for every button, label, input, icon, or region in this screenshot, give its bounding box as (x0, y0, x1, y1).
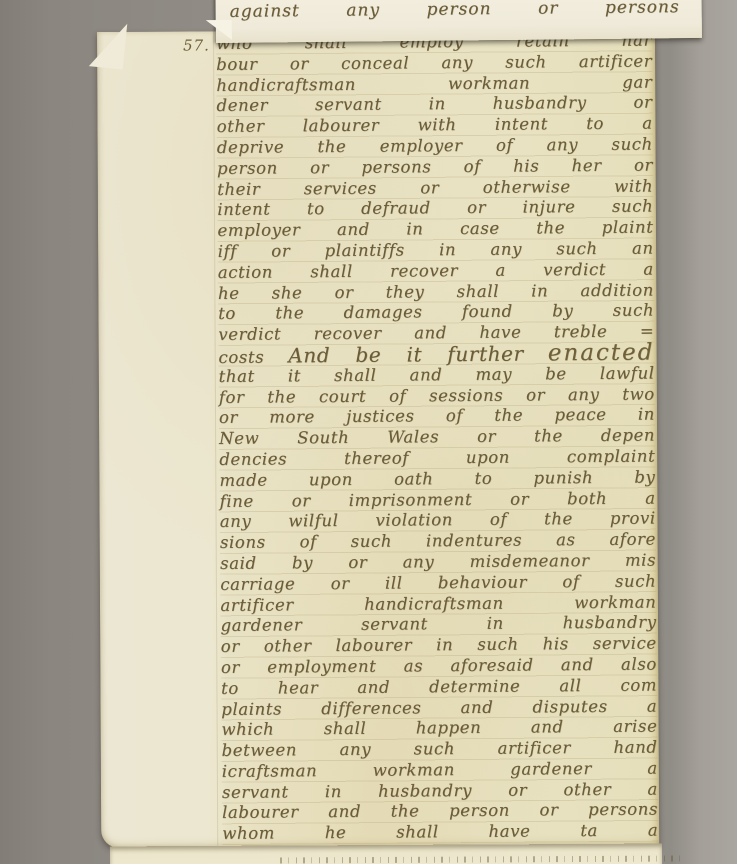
manuscript-line: person or persons of his her or (217, 155, 653, 179)
enacted-pre-text: costs (218, 348, 264, 367)
manuscript-text-block: who shall employ retain har bour or conc… (216, 31, 658, 845)
enacted-mid-text: And be it further (288, 341, 524, 367)
manuscript-line: icraftsman workman gardener a (222, 758, 658, 782)
next-page-cutoff-writing (280, 855, 680, 863)
manuscript-line: action shall recover a verdict a (218, 259, 654, 283)
manuscript-line: whom he shall have ta a (222, 821, 658, 845)
manuscript-line: that it shall and may be lawful (219, 363, 655, 387)
manuscript-photo: 57. who shall employ retain har bour or … (0, 0, 737, 864)
previous-page-last-line: against any person or persons (230, 0, 680, 22)
previous-page-strip: against any person or persons (215, 0, 701, 43)
manuscript-page: 57. who shall employ retain har bour or … (97, 29, 659, 848)
manuscript-line: or employment as aforesaid and also (221, 654, 657, 678)
next-page-strip (110, 844, 662, 864)
manuscript-line: bour or conceal any such artificer (216, 51, 652, 75)
manuscript-line: to hear and determine all com (221, 675, 657, 699)
enacted-word: enacted (548, 339, 655, 366)
previous-page-fold (206, 20, 232, 40)
manuscript-line: made upon oath to punish by (219, 467, 655, 491)
manuscript-line: carriage or ill behaviour of such (220, 571, 656, 595)
page-corner-fold (89, 20, 127, 69)
